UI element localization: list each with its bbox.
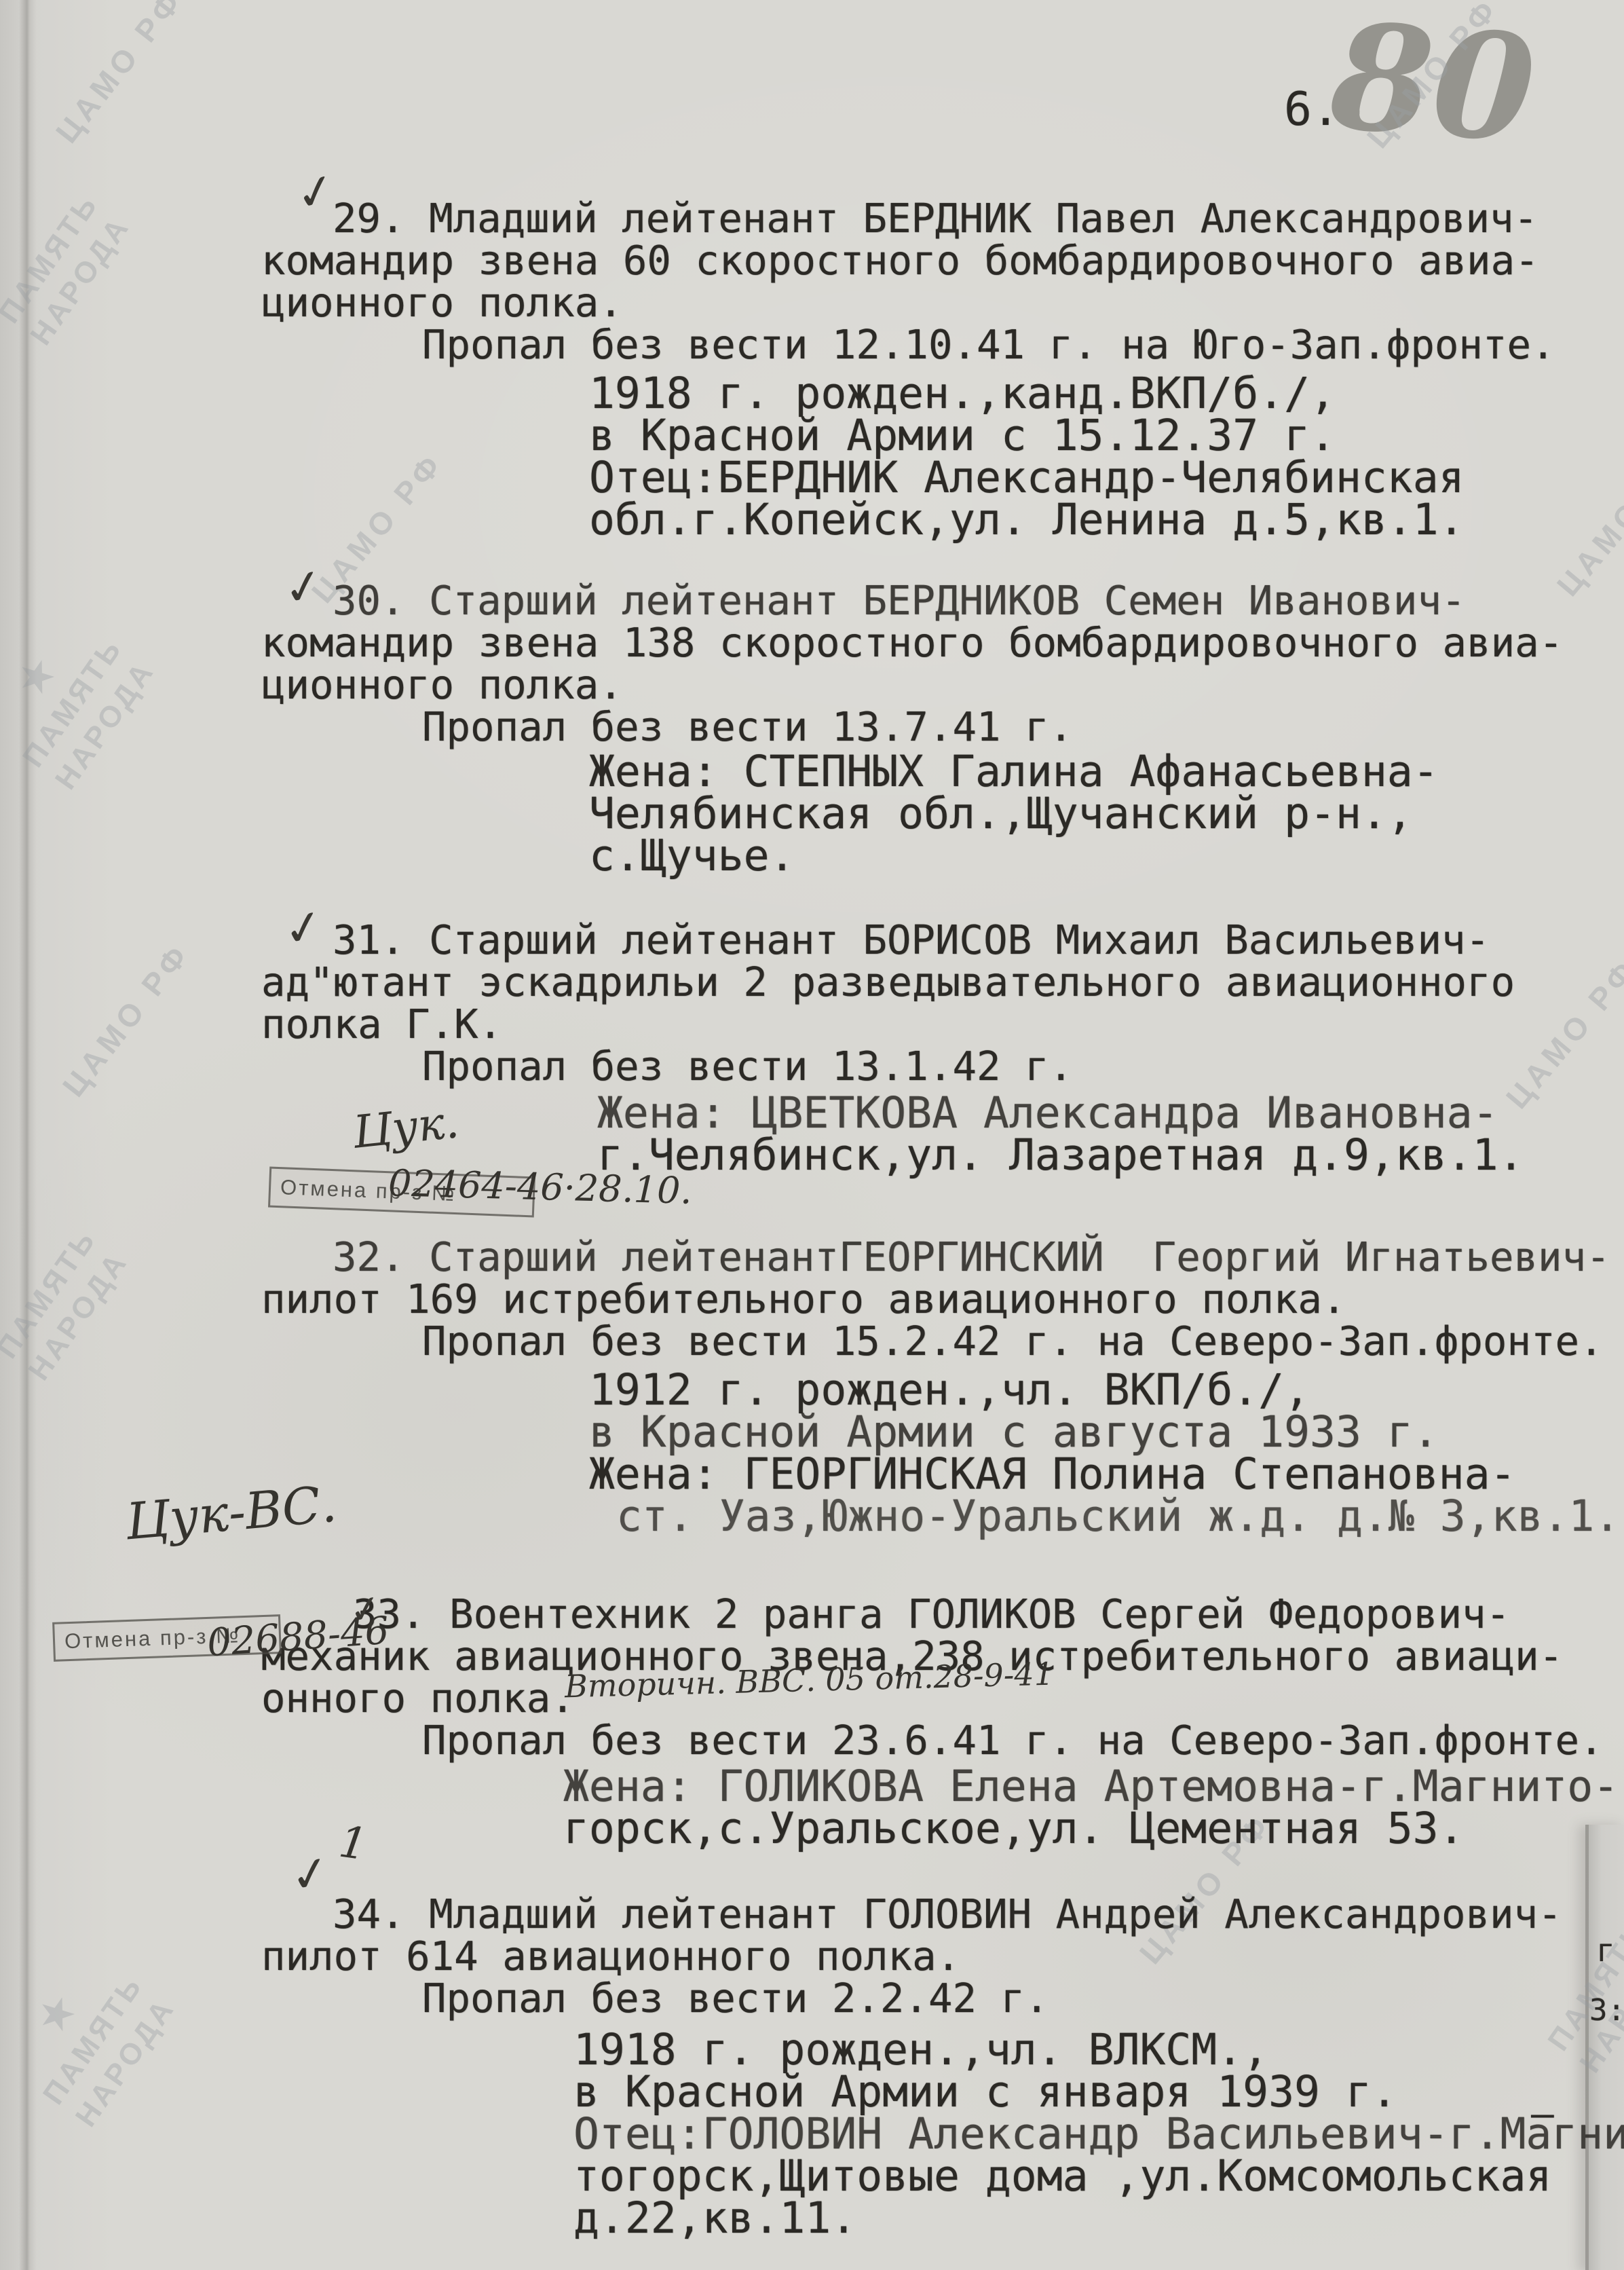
- watermark-camo-rf: ЦАМО РФ: [55, 935, 197, 1104]
- entry-33-line-4: Жена: ГОЛИКОВА Елена Артемовна-г.Магнито…: [563, 1765, 1619, 1808]
- entry-29-line-6: Отец:БЕРДНИК Александр-Челябинская: [589, 456, 1465, 499]
- handwritten-annotation: 02464-46·28.10.: [388, 1165, 692, 1210]
- handwritten-annotation: 1: [337, 1820, 370, 1867]
- entry-33-line-0: 33. Воентехник 2 ранга ГОЛИКОВ Сергей Фе…: [353, 1594, 1510, 1634]
- entry-30-line-1: командир звена 138 скоростного бомбардир…: [261, 622, 1563, 663]
- entry-33-line-2: онного полка.: [261, 1678, 575, 1718]
- entry-29-line-0: 29. Младший лейтенант БЕРДНИК Павел Алек…: [333, 198, 1538, 238]
- entry-34-line-6: тогорск,Щитовые дома ,ул.Комсомольская: [573, 2155, 1551, 2197]
- scanned-document-page: 6.- 80 ЦАМО РФЦАМО РФПАМЯТЬНАРОДАЦАМО РФ…: [0, 0, 1624, 2270]
- entry-32-line-2: Пропал без вести 15.2.42 г. на Северо-За…: [422, 1321, 1604, 1361]
- entry-29-line-2: ционного полка.: [261, 282, 623, 322]
- entry-29-line-3: Пропал без вести 12.10.41 г. на Юго-Зап.…: [422, 324, 1555, 365]
- entry-32-line-3: 1912 г. рожден.,чл. ВКП/б./,: [589, 1369, 1310, 1411]
- entry-34-line-5: Отец:ГОЛОВИН Александр Васильевич-г.Магн…: [573, 2113, 1624, 2155]
- entry-34-line-7: д.22,кв.11.: [573, 2197, 856, 2239]
- handwritten-annotation: Цук.: [351, 1100, 461, 1155]
- entry-31-line-3: Пропал без вести 13.1.42 г.: [422, 1046, 1073, 1086]
- entry-30-line-2: ционного полка.: [261, 665, 623, 705]
- entry-32-line-4: в Красной Армии с августа 1933 г.: [589, 1411, 1439, 1453]
- entry-29-line-7: обл.г.Копейск,ул. Ленина д.5,кв.1.: [589, 498, 1465, 541]
- entry-31-line-2: полка Г.К.: [261, 1004, 502, 1044]
- entry-30-line-4: Жена: СТЕПНЫХ Галина Афанасьевна-: [589, 750, 1439, 793]
- watermark-camo-rf: ЦАМО РФ: [1549, 438, 1624, 603]
- paper-fold-crease: [19, 0, 37, 2270]
- edge-text-fragment: —: [1531, 2092, 1554, 2136]
- edge-text-fragment: г: [1596, 1932, 1615, 1969]
- entry-30-line-5: Челябинская обл.,Щучанский р-н.,: [589, 792, 1413, 835]
- entry-31-line-4: Жена: ЦВЕТКОВА Александра Ивановна-: [597, 1092, 1498, 1134]
- entry-29-line-4: 1918 г. рожден.,канд.ВКП/б./,: [589, 372, 1336, 415]
- checkmark-annotation: ✓: [291, 165, 340, 220]
- entry-34-line-4: в Красной Армии с января 1939 г.: [573, 2070, 1397, 2113]
- watermark-camo-rf: ЦАМО РФ: [48, 0, 191, 150]
- checkmark-annotation: ✓: [286, 1847, 334, 1901]
- entry-32-line-6: ст. Уаз,Южно-Уральский ж.д. д.№ 3,кв.1.: [616, 1495, 1620, 1538]
- entry-33-line-3: Пропал без вести 23.6.41 г. на Северо-За…: [422, 1720, 1604, 1760]
- entry-34-line-3: 1918 г. рожден.,чл. ВЛКСМ.,: [573, 2028, 1268, 2071]
- entry-34-line-1: пилот 614 авиационного полка.: [261, 1936, 960, 1976]
- entry-32-line-0: 32. Старший лейтенантГЕОРГИНСКИЙ Георгий…: [333, 1237, 1610, 1277]
- checkmark-annotation: ✓: [280, 560, 327, 614]
- entry-30-line-3: Пропал без вести 13.7.41 г.: [422, 707, 1073, 747]
- entry-30-line-0: 30. Старший лейтенант БЕРДНИКОВ Семен Ив…: [333, 580, 1466, 620]
- checkmark-annotation: ✓: [280, 901, 327, 954]
- entry-33-line-5: горск,с.Уральское,ул. Цементная 53.: [563, 1807, 1465, 1850]
- edge-text-fragment: 3:: [1589, 1993, 1624, 2028]
- entry-34-line-0: 34. Младший лейтенант ГОЛОВИН Андрей Але…: [333, 1894, 1562, 1934]
- entry-31-line-5: г.Челябинск,ул. Лазаретная д.9,кв.1.: [597, 1134, 1524, 1176]
- entry-29-line-5: в Красной Армии с 15.12.37 г.: [589, 414, 1336, 457]
- handwritten-annotation: Цук-ВС.: [124, 1479, 338, 1548]
- entry-34-line-2: Пропал без вести 2.2.42 г.: [422, 1978, 1049, 2018]
- entry-31-line-1: ад"ютант эскадрильи 2 разведывательного …: [261, 962, 1515, 1002]
- entry-29-line-1: командир звена 60 скоростного бомбардиро…: [261, 240, 1539, 280]
- entry-32-line-5: Жена: ГЕОРГИНСКАЯ Полина Степановна-: [589, 1453, 1515, 1495]
- watermark-camo-rf: ЦАМО РФ: [1498, 950, 1624, 1115]
- entry-31-line-0: 31. Старший лейтенант БОРИСОВ Михаил Вас…: [333, 920, 1490, 960]
- entry-32-line-1: пилот 169 истребительного авиационного п…: [261, 1279, 1346, 1319]
- entry-30-line-6: с.Щучье.: [589, 834, 795, 877]
